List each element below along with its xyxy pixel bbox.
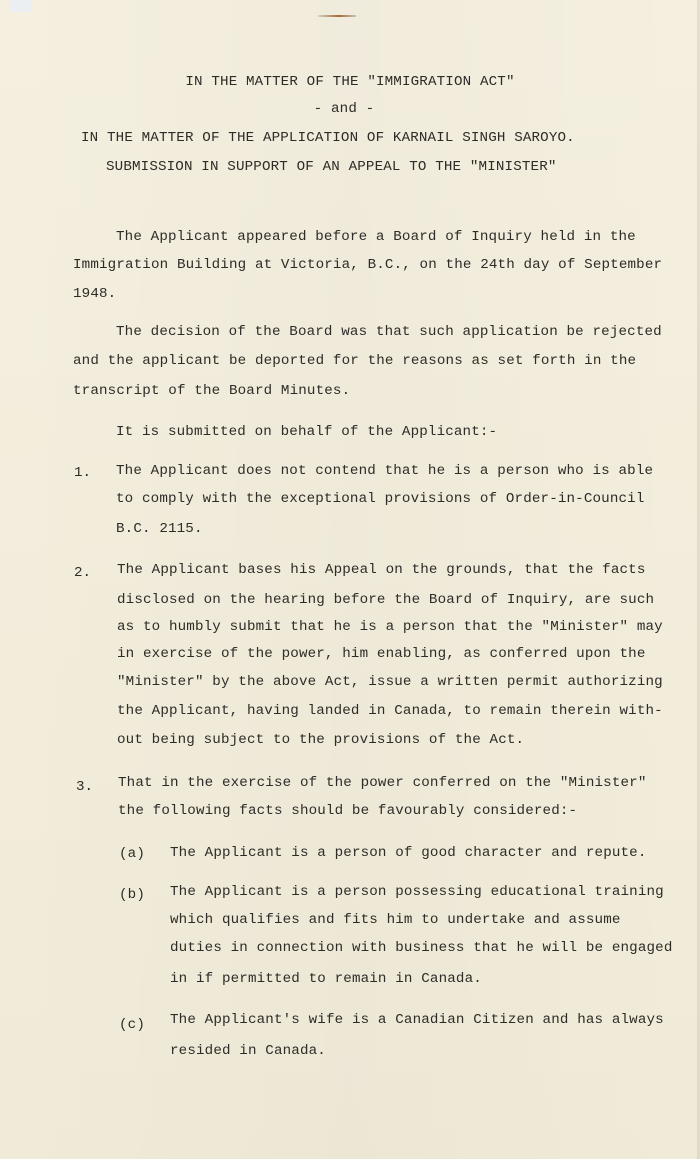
item-2-line-1: The Applicant bases his Appeal on the gr… — [117, 562, 646, 578]
heading-line-2: - and - — [0, 101, 694, 117]
item-3-line-1: That in the exercise of the power confer… — [118, 775, 647, 791]
subitem-b-line-1: The Applicant is a person possessing edu… — [170, 884, 664, 900]
item-1-line-1: The Applicant does not contend that he i… — [116, 463, 653, 479]
document-page: IN THE MATTER OF THE "IMMIGRATION ACT" -… — [0, 0, 700, 1159]
paragraph-2-line-1: The decision of the Board was that such … — [116, 324, 662, 340]
subitem-a-label: (a) — [119, 846, 145, 862]
item-2-line-4: in exercise of the power, him enabling, … — [117, 646, 646, 662]
heading-line-1: IN THE MATTER OF THE "IMMIGRATION ACT" — [0, 74, 700, 90]
subitem-c-line-1: The Applicant's wife is a Canadian Citiz… — [170, 1012, 664, 1028]
subitem-a-line-1: The Applicant is a person of good charac… — [170, 845, 647, 861]
item-1-line-2: to comply with the exceptional provision… — [116, 491, 645, 507]
item-2-number: 2. — [74, 565, 91, 581]
item-1-line-3: B.C. 2115. — [116, 521, 203, 537]
paragraph-2-line-3: transcript of the Board Minutes. — [73, 383, 350, 399]
item-2-line-3: as to humbly submit that he is a person … — [117, 619, 663, 635]
item-1-number: 1. — [74, 465, 91, 481]
paragraph-3: It is submitted on behalf of the Applica… — [116, 424, 497, 440]
subitem-b-line-4: in if permitted to remain in Canada. — [170, 971, 482, 987]
subitem-b-line-3: duties in connection with business that … — [170, 940, 673, 956]
item-2-line-5: "Minister" by the above Act, issue a wri… — [117, 674, 663, 690]
subitem-b-label: (b) — [119, 887, 145, 903]
paragraph-2-line-2: and the applicant be deported for the re… — [73, 353, 636, 369]
tape-mark — [10, 0, 32, 12]
item-3-number: 3. — [76, 779, 93, 795]
item-2-line-6: the Applicant, having landed in Canada, … — [117, 703, 663, 719]
paragraph-1-line-2: Immigration Building at Victoria, B.C., … — [73, 257, 662, 273]
subitem-b-line-2: which qualifies and fits him to undertak… — [170, 912, 621, 928]
paragraph-1-line-1: The Applicant appeared before a Board of… — [116, 229, 636, 245]
subitem-c-label: (c) — [119, 1017, 145, 1033]
item-2-line-7: out being subject to the provisions of t… — [117, 732, 524, 748]
item-3-line-2: the following facts should be favourably… — [118, 803, 577, 819]
heading-line-4: SUBMISSION IN SUPPORT OF AN APPEAL TO TH… — [106, 159, 557, 175]
pin-mark — [318, 15, 356, 17]
paragraph-1-line-3: 1948. — [73, 286, 116, 302]
subitem-c-line-2: resided in Canada. — [170, 1043, 326, 1059]
item-2-line-2: disclosed on the hearing before the Boar… — [117, 592, 654, 608]
heading-line-3: IN THE MATTER OF THE APPLICATION OF KARN… — [81, 130, 575, 146]
